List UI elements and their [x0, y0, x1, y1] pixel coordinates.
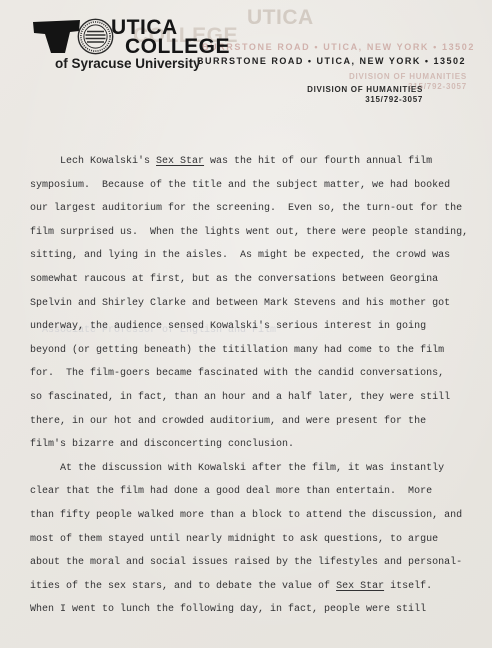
ghost-college-name-utica: UTICA — [247, 6, 314, 30]
division-phone: 315/792-3057 — [307, 95, 423, 105]
scanned-letter-page: UTICA COLLEGE BURRSTONE ROAD • UTICA, NE… — [0, 0, 492, 648]
letter-body: Lech Kowalski's Sex Star was the hit of … — [30, 150, 478, 622]
ghost-address-line: BURRSTONE ROAD • UTICA, NEW YORK • 13502 — [202, 42, 475, 52]
college-logo-mark-icon — [32, 19, 82, 55]
typed-line: about the moral and social issues raised… — [30, 551, 478, 575]
typed-line: Spelvin and Shirley Clarke and between M… — [30, 292, 478, 316]
typed-line: underway, the audience sensed Kowalski's… — [30, 315, 478, 339]
typed-line: so fascinated, in fact, than an hour and… — [30, 386, 478, 410]
division-name: DIVISION OF HUMANITIES — [307, 85, 423, 95]
college-seal-icon — [77, 18, 114, 55]
typed-line: At the discussion with Kowalski after th… — [30, 457, 478, 481]
ghost-division-name: DIVISION OF HUMANITIES — [349, 72, 467, 82]
typed-line: there, in our hot and crowded auditorium… — [30, 410, 478, 434]
address-line: BURRSTONE ROAD • UTICA, NEW YORK • 13502 — [197, 56, 466, 66]
typed-line: When I went to lunch the following day, … — [30, 598, 478, 622]
typed-line: film's bizarre and disconcerting conclus… — [30, 433, 478, 457]
college-subtitle: of Syracuse University — [55, 56, 201, 71]
typed-line: beyond (or getting beneath) the titillat… — [30, 339, 478, 363]
typed-line: symposium. Because of the title and the … — [30, 174, 478, 198]
typed-line: somewhat raucous at first, but as the co… — [30, 268, 478, 292]
division-block: DIVISION OF HUMANITIES 315/792-3057 — [307, 85, 423, 104]
typed-line: film surprised us. When the lights went … — [30, 221, 478, 245]
college-name-line2: COLLEGE — [125, 38, 230, 57]
typed-line: most of them stayed until nearly midnigh… — [30, 528, 478, 552]
typed-line: than fifty people walked more than a blo… — [30, 504, 478, 528]
underlined-title: Sex Star — [336, 581, 384, 592]
typed-line: sitting, and lying in the aisles. As mig… — [30, 244, 478, 268]
typed-line: our largest auditorium for the screening… — [30, 197, 478, 221]
typed-line: clear that the film had done a good deal… — [30, 480, 478, 504]
typed-line: Lech Kowalski's Sex Star was the hit of … — [30, 150, 478, 174]
underlined-title: Sex Star — [156, 156, 204, 167]
typed-line: ities of the sex stars, and to debate th… — [30, 575, 478, 599]
college-name: UTICA COLLEGE — [111, 19, 230, 56]
typed-line: for. The film-goers became fascinated wi… — [30, 362, 478, 386]
